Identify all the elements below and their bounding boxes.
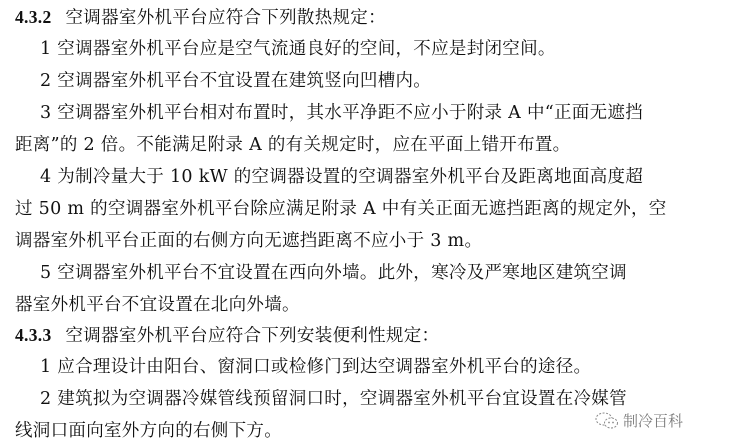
clause-item: 2 空调器室外机平台不宜设置在建筑竖向凹槽内。 — [40, 70, 431, 92]
clause-item: 1 空调器室外机平台应是空气流通良好的空间，不应是封闭空间。 — [40, 38, 556, 60]
watermark-text: 制冷百科 — [623, 410, 683, 431]
section-number: 4.3.3 — [15, 325, 52, 345]
section-heading-4-3-2: 4.3.2空调器室外机平台应符合下列散热规定： — [15, 6, 386, 29]
section-heading-4-3-3: 4.3.3空调器室外机平台应符合下列安装便利性规定： — [15, 324, 439, 347]
clause-item: 4 为制冷量大于 10 kW 的空调器设置的空调器室外机平台及距离地面高度超 — [40, 166, 643, 188]
clause-continuation: 过 50 m 的空调器室外机平台除应满足附录 A 中有关正面无遮挡距离的规定外，… — [15, 198, 667, 220]
section-title: 空调器室外机平台应符合下列散热规定： — [66, 8, 386, 28]
clause-item: 3 空调器室外机平台相对布置时，其水平净距不应小于附录 A 中“正面无遮挡 — [40, 102, 643, 124]
clause-item: 2 建筑拟为空调器冷媒管线预留洞口时，空调器室外机平台宜设置在冷媒管 — [40, 388, 627, 410]
wechat-icon — [595, 412, 619, 430]
clause-item: 1 应合理设计由阳台、窗洞口或检修门到达空调器室外机平台的途径。 — [40, 356, 591, 378]
clause-continuation: 调器室外机平台正面的右侧方向无遮挡距离不应小于 3 m。 — [15, 230, 482, 252]
clause-continuation: 距离”的 2 倍。不能满足附录 A 的有关规定时，应在平面上错开布置。 — [15, 134, 570, 156]
section-title: 空调器室外机平台应符合下列安装便利性规定： — [66, 326, 440, 346]
section-number: 4.3.2 — [15, 7, 52, 27]
document-page: 4.3.2空调器室外机平台应符合下列散热规定： 1 空调器室外机平台应是空气流通… — [0, 0, 741, 446]
clause-item: 5 空调器室外机平台不宜设置在西向外墙。此外，寒冷及严寒地区建筑空调 — [40, 262, 627, 284]
clause-continuation: 器室外机平台不宜设置在北向外墙。 — [15, 294, 300, 316]
clause-continuation: 线洞口面向室外方向的右侧下方。 — [15, 420, 282, 442]
watermark: 制冷百科 — [595, 410, 683, 431]
